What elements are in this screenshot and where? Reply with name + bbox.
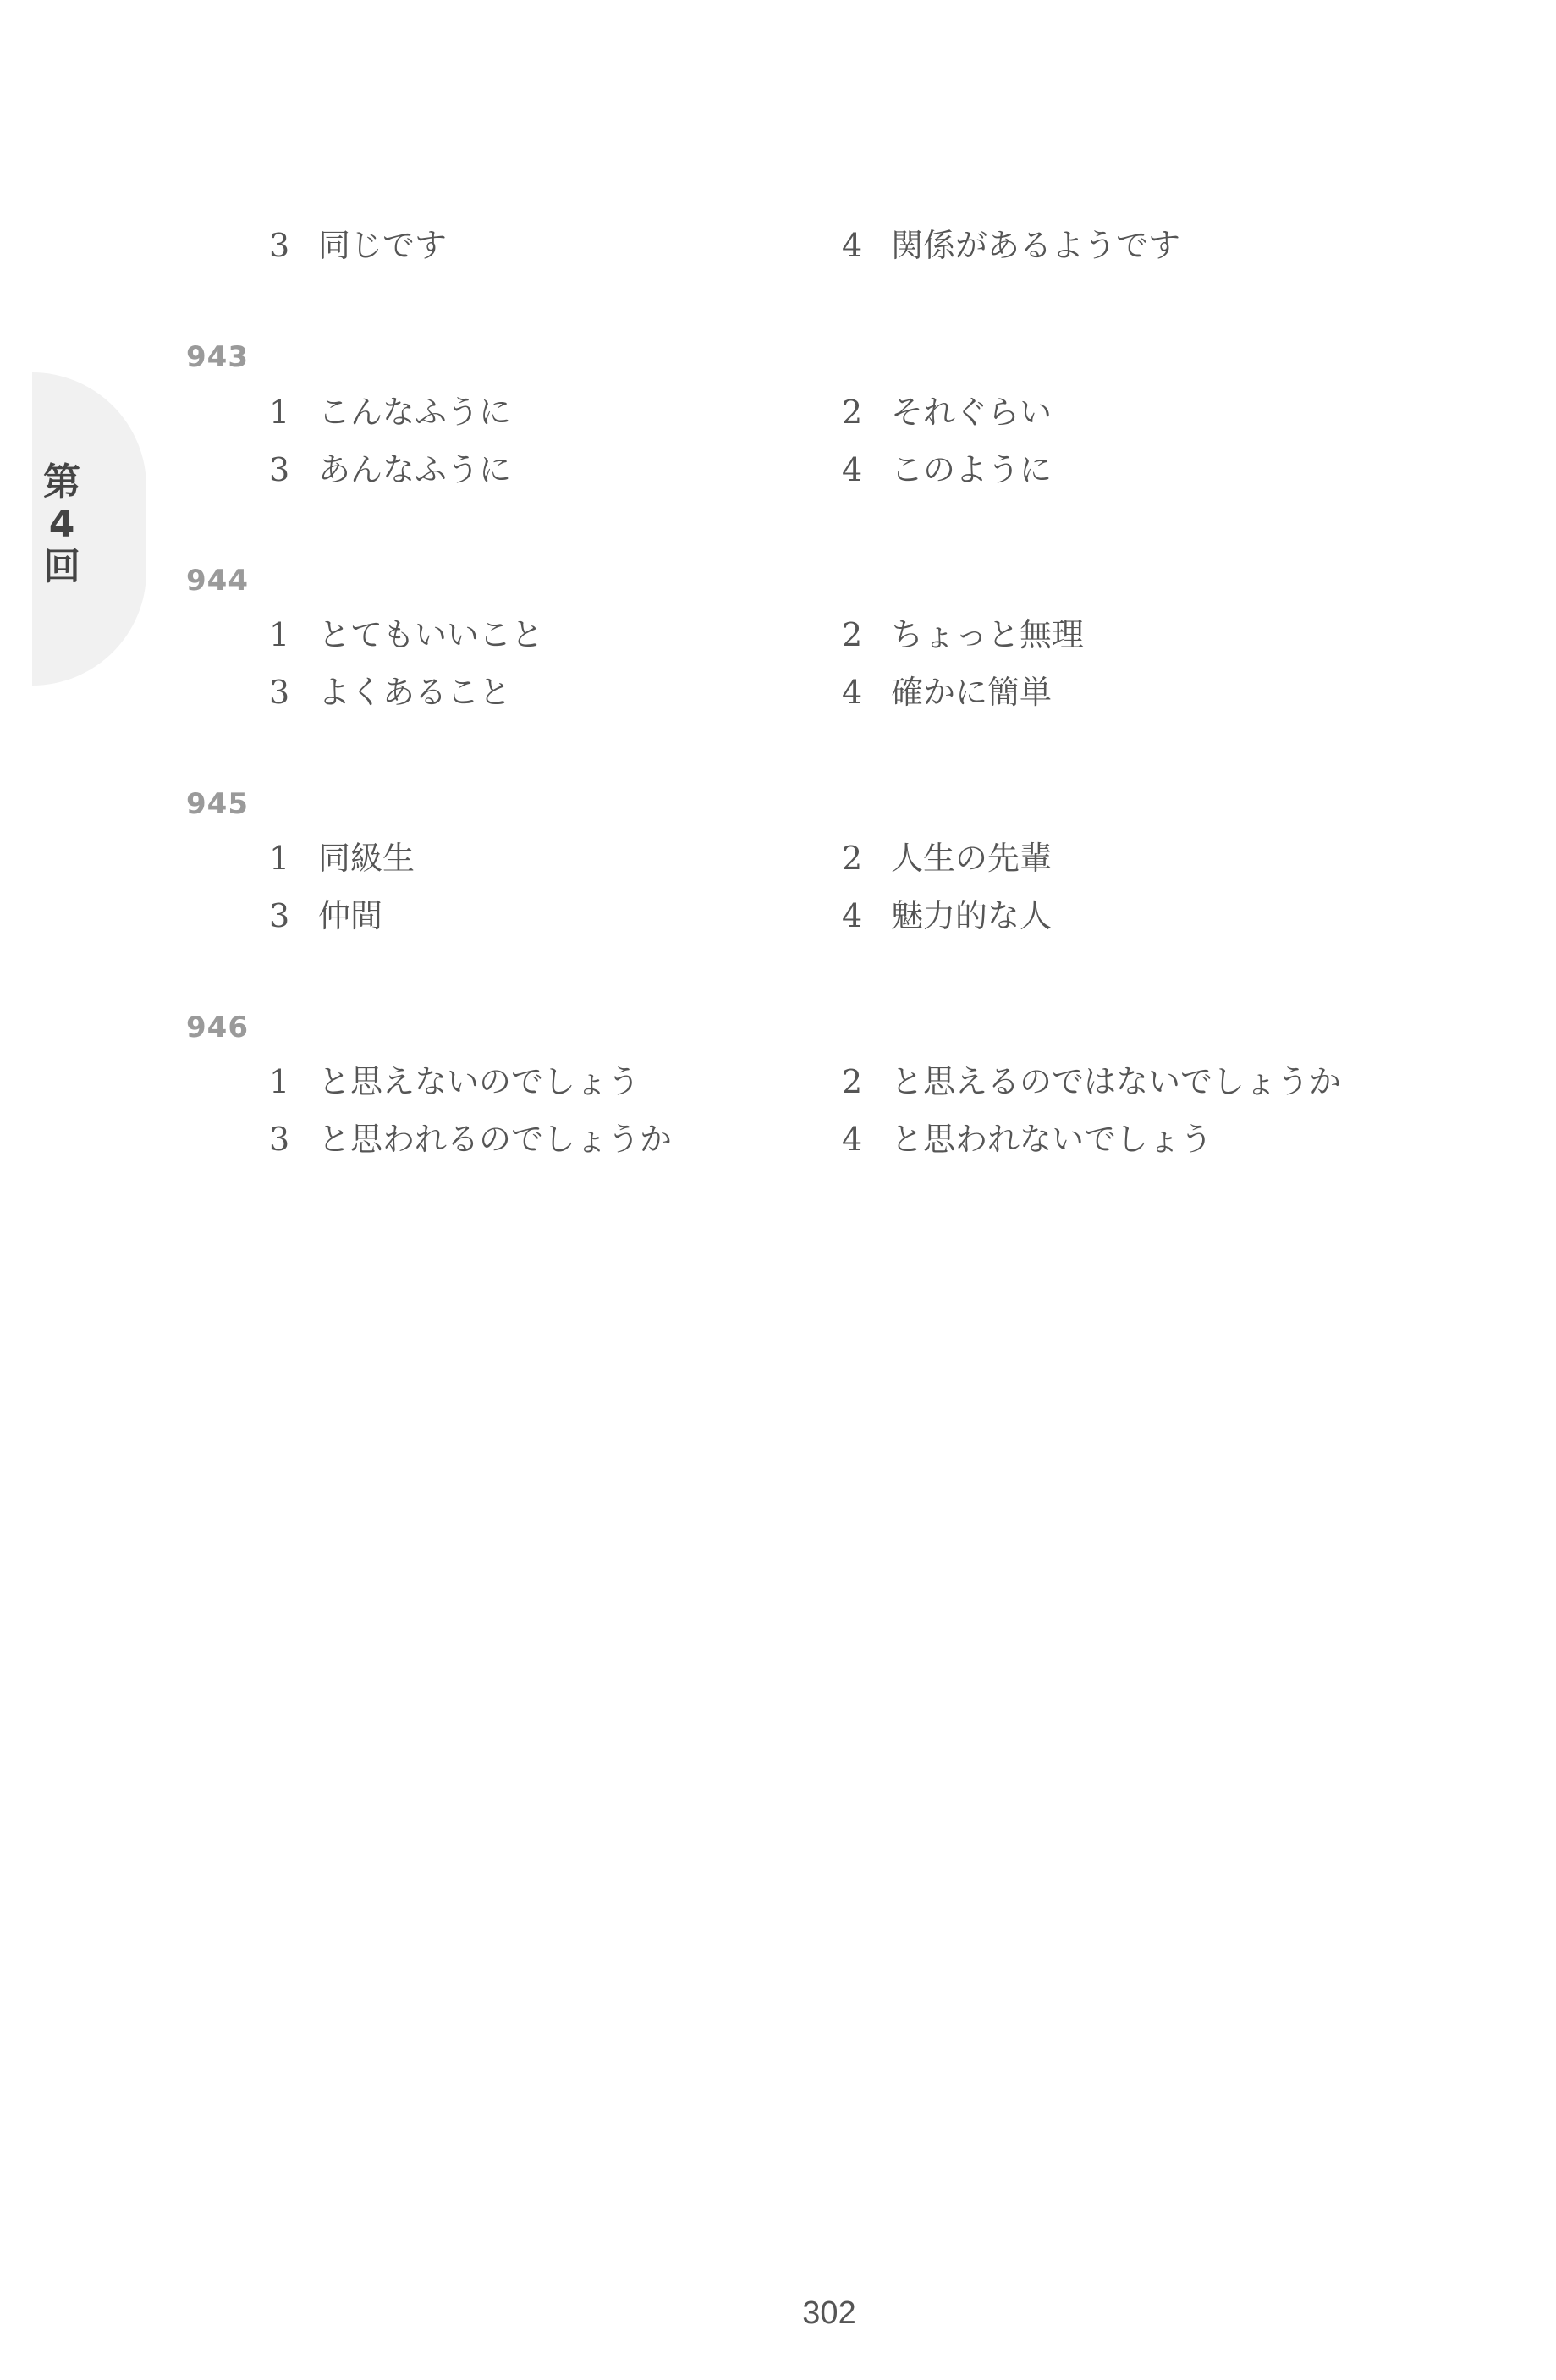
question-number: 943	[186, 340, 249, 374]
option-item: 2ちょっと無理	[842, 616, 1084, 653]
option-text: ちょっと無理	[891, 616, 1084, 653]
chapter-tab-char: 第	[41, 461, 83, 504]
option-item: 2人生の先輩	[842, 840, 1052, 877]
option-text: と思えるのではないでしょうか	[891, 1063, 1341, 1100]
option-text: あんなふうに	[318, 451, 511, 488]
option-number: 4	[842, 674, 891, 711]
question-number: 944	[186, 564, 249, 598]
page-number: 302	[795, 2295, 863, 2332]
question-number: 946	[186, 1011, 249, 1044]
option-item: 4このように	[842, 451, 1052, 488]
option-item: 4確かに簡単	[842, 674, 1052, 711]
option-text: このように	[891, 451, 1052, 488]
chapter-tab-label: 第 4 回	[41, 461, 83, 588]
option-text: 確かに簡単	[891, 674, 1052, 711]
option-text: と思えないのでしょう	[318, 1063, 640, 1100]
option-number: 2	[842, 394, 891, 431]
option-number: 4	[842, 1121, 891, 1158]
option-number: 2	[842, 840, 891, 877]
continuation-option-3: 3同じです	[269, 227, 447, 264]
option-number: 1	[269, 616, 318, 653]
option-number: 1	[269, 840, 318, 877]
chapter-tab-char: 回	[41, 546, 83, 588]
option-item: 3仲間	[269, 897, 382, 934]
option-text: 関係があるようです	[891, 227, 1180, 264]
option-text: 同級生	[318, 840, 415, 877]
option-number: 1	[269, 394, 318, 431]
option-number: 3	[269, 1121, 318, 1158]
option-text: と思われないでしょう	[891, 1121, 1212, 1158]
option-number: 3	[269, 897, 318, 934]
option-item: 3あんなふうに	[269, 451, 511, 488]
option-item: 3と思われるのでしょうか	[269, 1121, 672, 1158]
option-text: 仲間	[318, 897, 382, 934]
option-text: 同じです	[318, 227, 447, 264]
option-number: 3	[269, 674, 318, 711]
option-item: 2と思えるのではないでしょうか	[842, 1063, 1341, 1100]
option-text: こんなふうに	[318, 394, 511, 431]
option-number: 1	[269, 1063, 318, 1100]
option-number: 4	[842, 451, 891, 488]
option-number: 3	[269, 227, 318, 264]
option-item: 4魅力的な人	[842, 897, 1052, 934]
option-item: 1同級生	[269, 840, 415, 877]
option-number: 2	[842, 616, 891, 653]
question-number: 945	[186, 787, 249, 821]
option-item: 2それぐらい	[842, 394, 1052, 431]
option-number: 4	[842, 897, 891, 934]
option-number: 4	[842, 227, 891, 264]
option-text: とてもいいこと	[318, 616, 543, 653]
chapter-tab-char: 4	[41, 504, 83, 546]
option-text: と思われるのでしょうか	[318, 1121, 672, 1158]
option-item: 1とてもいいこと	[269, 616, 543, 653]
option-number: 3	[269, 451, 318, 488]
option-text: それぐらい	[891, 394, 1052, 431]
option-item: 4と思われないでしょう	[842, 1121, 1212, 1158]
option-item: 1こんなふうに	[269, 394, 511, 431]
option-text: 人生の先輩	[891, 840, 1052, 877]
option-text: 魅力的な人	[891, 897, 1052, 934]
option-item: 3よくあること	[269, 674, 511, 711]
continuation-option-4: 4関係があるようです	[842, 227, 1180, 264]
option-number: 2	[842, 1063, 891, 1100]
option-item: 1と思えないのでしょう	[269, 1063, 640, 1100]
option-text: よくあること	[318, 674, 511, 711]
